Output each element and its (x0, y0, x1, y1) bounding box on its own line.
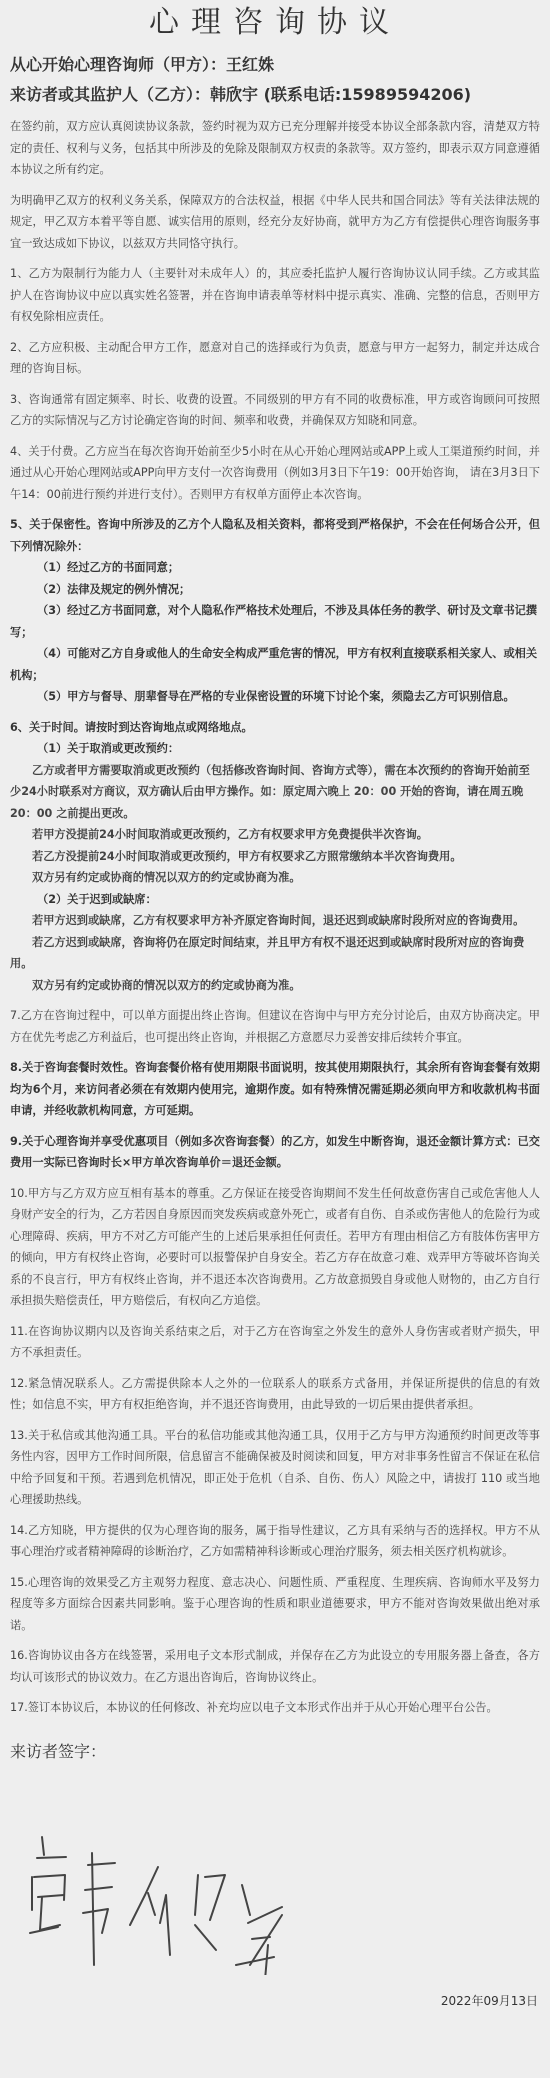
clause-6-heading: 6、关于时间。请按时到达咨询地点或网络地点。 (10, 717, 540, 739)
clause-5-confidentiality: 5、关于保密性。咨询中所涉及的乙方个人隐私及相关资料，都将受到严格保护，不会在任… (10, 514, 540, 708)
clause-6-sub2-title: （2）关于迟到或缺席： (10, 889, 540, 911)
clause-1: 1、乙方为限制行为能力人（主要针对未成年人）的，其应委托监护人履行咨询协议认同手… (10, 263, 540, 328)
clause-13: 13.关于私信或其他沟通工具。平台的私信功能或其他沟通工具，仅用于乙方与甲方沟通… (10, 1425, 540, 1511)
clause-17: 17.签订本协议后，本协议的任何修改、补充均应以电子文本形式作出并于从心开始心理… (10, 1697, 540, 1719)
clause-6-sub1-line-4: 双方另有约定或协商的情况以双方的约定或协商为准。 (10, 867, 540, 889)
clause-6-sub1-title: （1）关于取消或更改预约： (10, 738, 540, 760)
clause-8: 8.关于咨询套餐时效性。咨询套餐价格有使用期限书面说明，按其使用期限执行，其余所… (10, 1057, 540, 1122)
clause-16: 16.咨询协议由各方在线签署，采用电子文本形式制成，并保存在乙方为此设立的专用服… (10, 1645, 540, 1688)
clause-6-sub1-line-1: 乙方或者甲方需要取消或更改预约（包括修改咨询时间、咨询方式等），需在本次预约的咨… (10, 760, 540, 825)
clause-5-item-1: （1）经过乙方的书面同意； (10, 557, 540, 579)
intro-paragraph-2: 为明确甲乙双方的权利义务关系，保障双方的合法权益，根据《中华人民共和国合同法》等… (10, 190, 540, 255)
signature-label: 来访者签字： (10, 1741, 540, 1763)
clause-6-sub1-line-3: 若乙方没提前24小时间取消或更改预约，甲方有权要求乙方照常缴纳本半次咨询费用。 (10, 846, 540, 868)
party-a-line: 从心开始心理咨询师（甲方）：王红姝 (10, 54, 540, 76)
clause-3: 3、咨询通常有固定频率、时长、收费的设置。不同级别的甲方有不同的收费标准，甲方或… (10, 389, 540, 432)
clause-5-item-5: （5）甲方与督导、朋辈督导在严格的专业保密设置的环境下讨论个案，须隐去乙方可识别… (10, 686, 540, 708)
party-b-line: 来访者或其监护人（乙方）：韩欣宇 (联系电话:15989594206) (10, 84, 540, 106)
clause-5-heading: 5、关于保密性。咨询中所涉及的乙方个人隐私及相关资料，都将受到严格保护，不会在任… (10, 514, 540, 557)
intro-paragraph-1: 在签约前，双方应认真阅读协议条款，签约时视为双方已充分理解并接受本协议全部条款内… (10, 116, 540, 181)
clause-4: 4、关于付费。乙方应当在每次咨询开始前至少5小时在从心开始心理网站或APP上或人… (10, 441, 540, 506)
clause-2: 2、乙方应积极、主动配合甲方工作，愿意对自己的选择或行为负责，愿意与甲方一起努力… (10, 337, 540, 380)
clause-5-item-2: （2）法律及规定的例外情况； (10, 579, 540, 601)
clause-7: 7.乙方在咨询过程中，可以单方面提出终止咨询。但建议在咨询中与甲方充分讨论后，由… (10, 1005, 540, 1048)
clause-12: 12.紧急情况联系人。乙方需提供除本人之外的一位联系人的联系方式备用，并保证所提… (10, 1373, 540, 1416)
clause-6-sub2-line-2: 若乙方迟到或缺席，咨询将仍在原定时间结束，并且甲方有权不退还迟到或缺席时段所对应… (10, 932, 540, 975)
clause-11: 11.在咨询协议期内以及咨询关系结束之后，对于乙方在咨询室之外发生的意外人身伤害… (10, 1321, 540, 1364)
clause-6-time: 6、关于时间。请按时到达咨询地点或网络地点。 （1）关于取消或更改预约： 乙方或… (10, 717, 540, 997)
clause-9: 9.关于心理咨询并享受优惠项目（例如多次咨询套餐）的乙方，如发生中断咨询，退还金… (10, 1131, 540, 1174)
clause-6-sub2-line-1: 若甲方迟到或缺席，乙方有权要求甲方补齐原定咨询时间，退还迟到或缺席时段所对应的咨… (10, 910, 540, 932)
agreement-document: 心理咨询协议 从心开始心理咨询师（甲方）：王红姝 来访者或其监护人（乙方）：韩欣… (0, 0, 550, 1763)
clause-6-sub1-line-2: 若甲方没提前24小时间取消或更改预约，乙方有权要求甲方免费提供半次咨询。 (10, 824, 540, 846)
handwritten-signature (20, 1815, 300, 1975)
clause-15: 15.心理咨询的效果受乙方主观努力程度、意志决心、问题性质、严重程度、生理疾病、… (10, 1572, 540, 1637)
clause-14: 14.乙方知晓，甲方提供的仅为心理咨询的服务，属于指导性建议，乙方具有采纳与否的… (10, 1520, 540, 1563)
clause-6-sub2-line-3: 双方另有约定或协商的情况以双方的约定或协商为准。 (10, 975, 540, 997)
clause-10: 10.甲方与乙方双方应互相有基本的尊重。乙方保证在接受咨询期间不发生任何故意伤害… (10, 1183, 540, 1312)
document-title: 心理咨询协议 (10, 0, 540, 44)
clause-5-item-3: （3）经过乙方书面同意，对个人隐私作严格技术处理后，不涉及具体任务的教学、研讨及… (10, 600, 540, 643)
clause-5-item-4: （4）可能对乙方自身或他人的生命安全构成严重危害的情况，甲方有权利直接联系相关家… (10, 643, 540, 686)
signing-date: 2022年09月13日 (441, 1992, 538, 2009)
